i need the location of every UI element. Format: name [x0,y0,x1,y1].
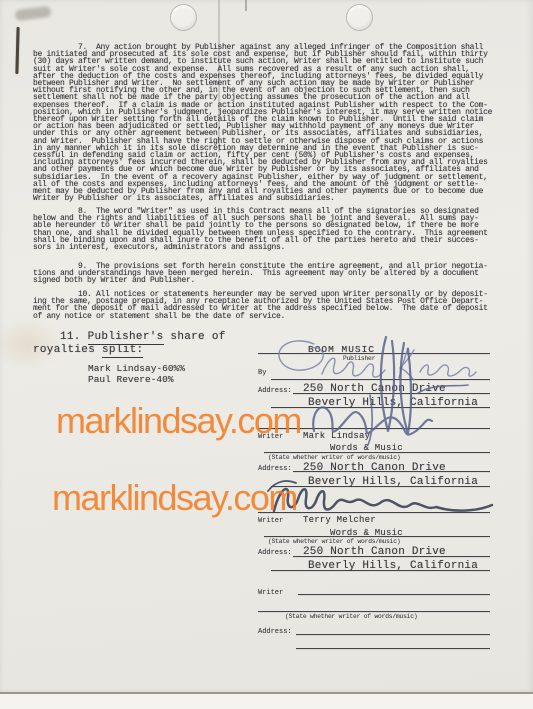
clause-11-share-of: share of [164,331,226,343]
royalty-split-paul-revere: Paul Revere-40% [88,374,174,385]
clause-11-royalties: royalties [33,344,102,356]
writer2-state-label: (State whether writer of words/music) [268,538,400,545]
watermark-marklindsay-upper: marklindsay.com [56,400,301,442]
writer3-address1-line [296,634,490,635]
royalty-split-mark-lindsay: Mark Lindsay-60%% [88,363,185,374]
publisher-address-label: Address: [258,387,292,395]
writer3-label: Writer [258,589,283,597]
staple-mark [15,27,19,74]
writer3-state-label: (State whether writer of words/music) [285,613,417,620]
writer2-address1: 250 North Canon Drive [303,546,446,558]
writer3-address-label: Address: [258,628,292,636]
watermark-marklindsay-lower: marklindsay.com [52,477,297,519]
paragraph-9: 9. The provisions set forth herein const… [33,263,488,285]
clause-11-line2: royalties split: [33,344,143,356]
paper-sheet: 7. Any action brought by Publisher again… [0,0,533,694]
punch-hole-right [346,4,373,31]
ink-smudge [14,6,51,21]
writer1-address-label: Address: [258,465,292,473]
writer1-address1: 250 North Canon Drive [303,462,446,474]
mark-lindsay-autograph [300,335,475,455]
writer2-role: Words & Music [330,528,403,538]
clause-11-underlined-publishers: Publisher's [88,331,164,345]
terry-melcher-signature [266,477,504,523]
scanned-contract-page: 7. Any action brought by Publisher again… [0,0,533,709]
writer2-address2: Beverly Hills, California [308,560,478,572]
writer3-signature-line [298,594,490,595]
punch-hole-left [170,4,197,31]
clause-11-line1: 11. Publisher's share of [60,331,226,343]
clause-11-underlined-split: split: [102,344,143,358]
writer3-role-line [258,611,490,612]
writer1-state-label: (State whether writer of words/music) [268,454,400,461]
paragraph-10: 10. All notices or statements hereunder … [33,291,488,320]
paper-crease-small [245,0,247,11]
writer2-address-label: Address: [258,549,292,557]
paragraph-8: 8. The word "Writer" as used in this Con… [33,208,488,251]
clause-11-number: 11. [60,331,88,343]
paragraph-7: 7. Any action brought by Publisher again… [33,44,492,202]
writer3-address2-line [296,648,490,649]
